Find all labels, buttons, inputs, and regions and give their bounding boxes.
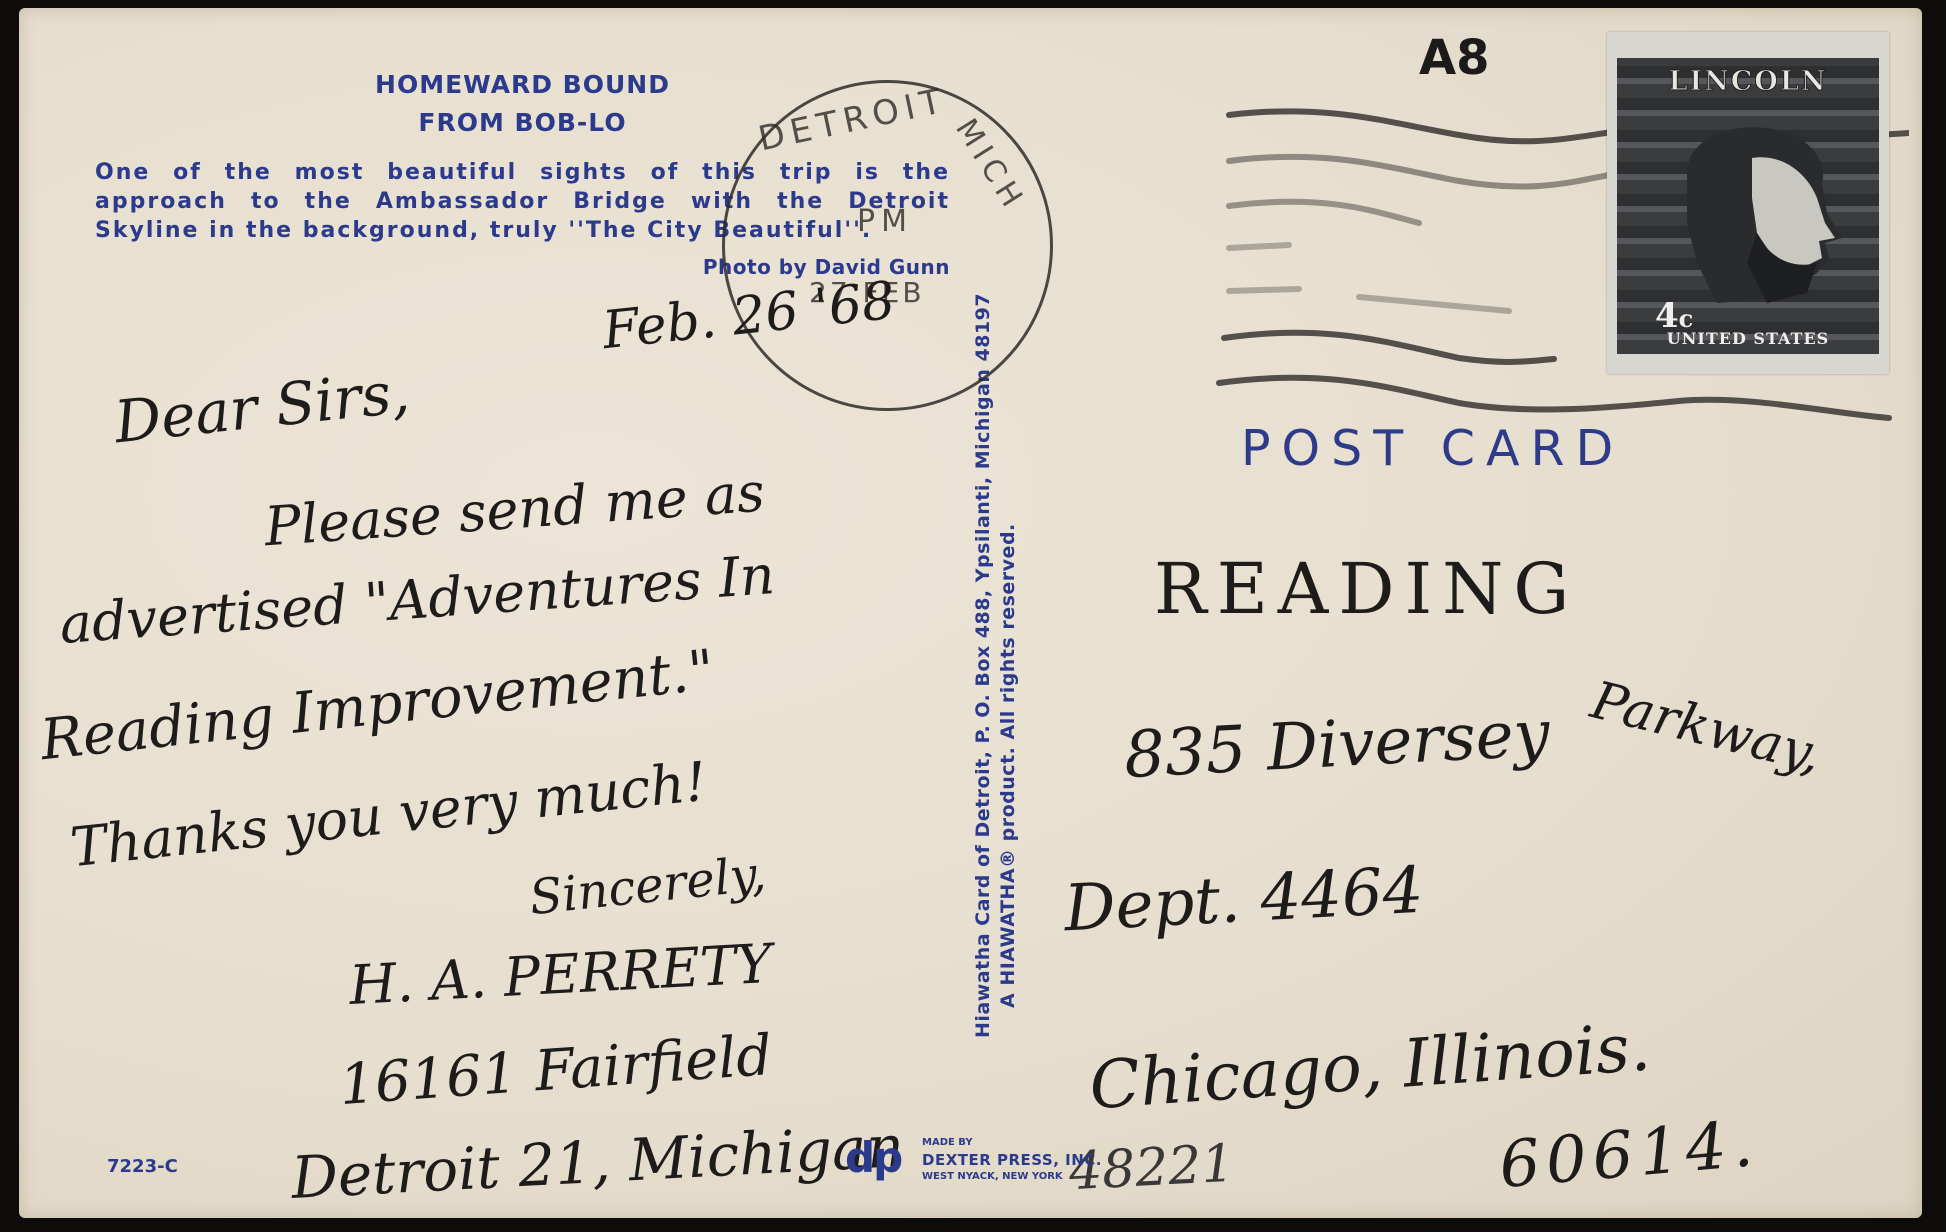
message-salutation: Dear Sirs, [111, 358, 412, 457]
publisher-line1: Hiawatha Card of Detroit, P. O. Box 488,… [971, 293, 996, 1038]
address-line-4: Chicago, Illinois. [1087, 1008, 1653, 1124]
address-line-3: Dept. 4464 [1062, 854, 1425, 947]
postcard-back: HOMEWARD BOUND FROM BOB-LO One of the mo… [19, 8, 1922, 1218]
publisher-imprint: Hiawatha Card of Detroit, P. O. Box 488,… [971, 293, 1021, 1038]
lincoln-portrait-icon [1657, 113, 1857, 313]
message-closing: Sincerely, [527, 846, 769, 926]
stamp-artwork: LINCOLN 4c UNITED STATES [1617, 58, 1879, 354]
message-line-2: advertised "Adventures In [58, 543, 777, 656]
maker-made-by: MADE BY [922, 1137, 973, 1148]
sender-name: H. A. PERRETY [348, 932, 774, 1017]
sender-city: Detroit 21, Michigan [290, 1112, 906, 1212]
address-line-2: 835 Diversey [1122, 697, 1551, 793]
maker-name: DEXTER PRESS, INC. [922, 1151, 1102, 1169]
message-line-4: Thanks you very much! [67, 750, 709, 879]
message-line-1: Please send me as [262, 461, 766, 559]
post-card-label: POST CARD [1241, 420, 1624, 477]
message-line-3: Reading Improvement." [37, 638, 717, 773]
address-line-2-suffix: Parkway, [1585, 671, 1827, 786]
sender-street: 16161 Fairfield [337, 1023, 774, 1118]
corner-mark: A8 [1419, 30, 1490, 86]
card-code: 7223-C [107, 1156, 178, 1177]
stamp-name: LINCOLN [1617, 66, 1879, 97]
maker-location: WEST NYACK, NEW YORK [922, 1171, 1063, 1182]
postmark-time: PM [857, 204, 913, 239]
publisher-line2: A HIAWATHA® product. All rights reserved… [996, 293, 1021, 1038]
address-line-5: 60614. [1496, 1107, 1761, 1203]
postage-stamp: LINCOLN 4c UNITED STATES [1607, 32, 1889, 374]
dexter-press-logo-icon: dp [845, 1133, 901, 1182]
stamp-country: UNITED STATES [1617, 329, 1879, 348]
address-line-1: READING [1154, 548, 1579, 630]
